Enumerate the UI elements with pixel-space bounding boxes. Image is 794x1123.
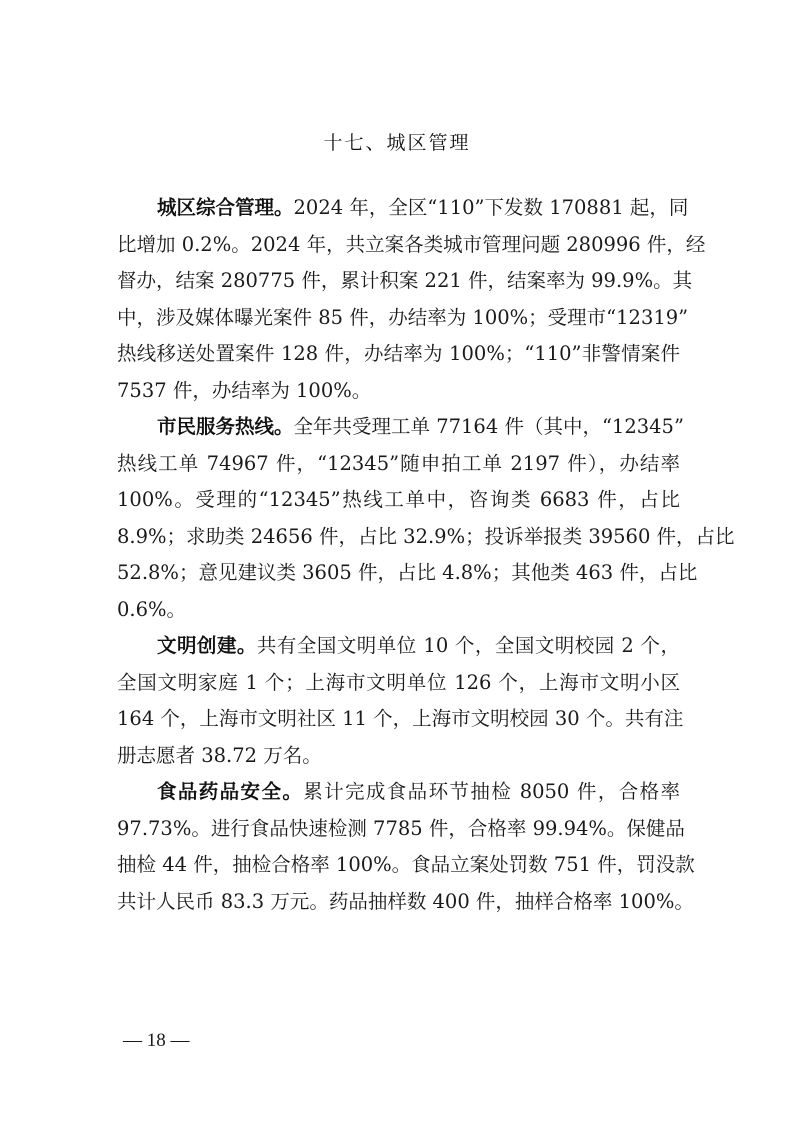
paragraph-heading: 文明创建。 bbox=[157, 634, 257, 657]
text-line: 中，涉及媒体曝光案件 85 件，办结率为 100%；受理市“12319” bbox=[117, 300, 680, 337]
page-number: — 18 — bbox=[123, 1030, 190, 1052]
text-line: 164 个，上海市文明社区 11 个，上海市文明校园 30 个。共有注 bbox=[117, 701, 680, 738]
text-line: 7537 件，办结率为 100%。 bbox=[117, 373, 680, 410]
paragraph-civilization-building: 文明创建。共有全国文明单位 10 个，全国文明校园 2 个， 全国文明家庭 1 … bbox=[117, 628, 680, 774]
text-line: 城区综合管理。2024 年，全区“110”下发数 170881 起，同 bbox=[117, 190, 680, 227]
paragraph-food-drug-safety: 食品药品安全。累计完成食品环节抽检 8050 件，合格率 97.73%。进行食品… bbox=[117, 774, 680, 920]
line-text: 共有全国文明单位 10 个，全国文明校园 2 个， bbox=[257, 634, 680, 657]
text-line: 文明创建。共有全国文明单位 10 个，全国文明校园 2 个， bbox=[117, 628, 680, 665]
text-line: 0.6%。 bbox=[117, 592, 680, 629]
section-title: 十七、城区管理 bbox=[0, 128, 794, 155]
line-text: 全年共受理工单 77164 件（其中，“12345” bbox=[294, 415, 684, 438]
document-page: 十七、城区管理 城区综合管理。2024 年，全区“110”下发数 170881 … bbox=[0, 0, 794, 1123]
line-text: 2024 年，全区“110”下发数 170881 起，同 bbox=[294, 196, 689, 219]
text-line: 册志愿者 38.72 万名。 bbox=[117, 738, 680, 775]
text-line: 共计人民币 83.3 万元。药品抽样数 400 件，抽样合格率 100%。 bbox=[117, 884, 680, 921]
text-line: 全国文明家庭 1 个；上海市文明单位 126 个，上海市文明小区 bbox=[117, 665, 680, 702]
paragraph-heading: 食品药品安全。 bbox=[157, 780, 303, 803]
document-body: 城区综合管理。2024 年，全区“110”下发数 170881 起，同 比增加 … bbox=[117, 190, 680, 920]
paragraph-citizen-hotline: 市民服务热线。全年共受理工单 77164 件（其中，“12345” 热线工单 7… bbox=[117, 409, 680, 628]
text-line: 比增加 0.2%。2024 年，共立案各类城市管理问题 280996 件，经 bbox=[117, 227, 680, 264]
text-line: 督办，结案 280775 件，累计积案 221 件，结案率为 99.9%。其 bbox=[117, 263, 680, 300]
paragraph-heading: 城区综合管理。 bbox=[157, 196, 294, 219]
text-line: 100%。受理的“12345”热线工单中，咨询类 6683 件，占比 bbox=[117, 482, 680, 519]
text-line: 8.9%；求助类 24656 件，占比 32.9%；投诉举报类 39560 件，… bbox=[117, 519, 680, 556]
text-line: 食品药品安全。累计完成食品环节抽检 8050 件，合格率 bbox=[117, 774, 680, 811]
text-line: 热线移送处置案件 128 件，办结率为 100%；“110”非警情案件 bbox=[117, 336, 680, 373]
text-line: 52.8%；意见建议类 3605 件，占比 4.8%；其他类 463 件，占比 bbox=[117, 555, 680, 592]
text-line: 热线工单 74967 件，“12345”随申拍工单 2197 件），办结率 bbox=[117, 446, 680, 483]
paragraph-urban-management: 城区综合管理。2024 年，全区“110”下发数 170881 起，同 比增加 … bbox=[117, 190, 680, 409]
text-line: 市民服务热线。全年共受理工单 77164 件（其中，“12345” bbox=[117, 409, 680, 446]
text-line: 抽检 44 件，抽检合格率 100%。食品立案处罚数 751 件，罚没款 bbox=[117, 847, 680, 884]
text-line: 97.73%。进行食品快速检测 7785 件，合格率 99.94%。保健品 bbox=[117, 811, 680, 848]
paragraph-heading: 市民服务热线。 bbox=[157, 415, 294, 438]
line-text: 累计完成食品环节抽检 8050 件，合格率 bbox=[303, 780, 680, 803]
